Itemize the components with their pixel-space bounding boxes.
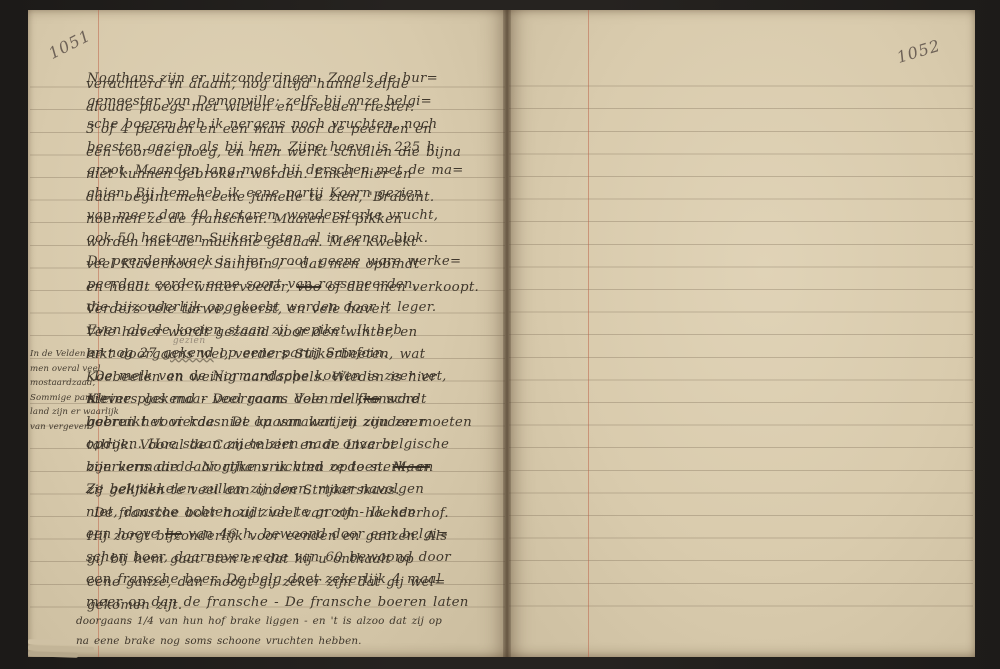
notebook-spread: 1051 1052 In de Velden ziet men overal v…	[0, 0, 1000, 669]
text-line: er nog 27 geziengekend op eene partij Sa…	[87, 343, 462, 366]
text-line: Even als de koeien staan zij gepiket. Ik…	[87, 320, 462, 343]
ruled-lines	[509, 64, 973, 622]
text-line: die bijzonderlijk opgekocht worden door …	[87, 297, 462, 320]
text-line: gij bij hem gaat eten en dat hij u ontha…	[87, 549, 462, 572]
text-line: Kleine plas maar veel room. Vele melkko …	[87, 389, 462, 412]
text-line: gebruikt voor kaas. De kaasmakerijen zij…	[87, 412, 462, 435]
red-margin-line	[588, 10, 589, 657]
text-line: peerden, eerder eene soort van rassepeer…	[87, 274, 462, 297]
page-edge	[28, 651, 78, 658]
text-segment: wordt	[380, 392, 427, 407]
text-line: talrijk. Vooral de Camembert en de Livar…	[87, 435, 462, 458]
text-line: De fransche boer houdt veel van zijn hoe…	[87, 503, 462, 526]
text-line: sche boeren heb ik nergens noch vruchten…	[87, 114, 462, 137]
handwritten-text-right-page: Nogthans zijn er uitzonderingen. Zooals …	[87, 68, 462, 618]
strikethrough-text: ko	[363, 392, 380, 407]
text-line: na eene brake nog soms schoone vruchten …	[76, 632, 442, 652]
text-line: zijn vermaard - Nogthans ik vind ze te s…	[87, 457, 462, 480]
text-line: eene ganze, dan moogt gij zeker zijn dat…	[87, 572, 462, 595]
corrected-word: geziengekend	[163, 346, 214, 361]
text-segment: Kleine plas maar veel room. Vele melk	[87, 392, 363, 407]
text-line: groot. Maanden lang moet hij derschen me…	[87, 160, 462, 183]
text-line: van meer dan 40 hectaren, wondersterke v…	[87, 205, 462, 228]
right-page	[507, 10, 975, 657]
text-line: ook 50 hectaren Suikerbeeten al in eenen…	[87, 228, 462, 251]
text-line: De peerdenkweek is hier groot, geene war…	[87, 251, 462, 274]
text-line: gemeester van Demonville; zelfs bij onze…	[87, 91, 462, 114]
text-line: beesten gezien als bij hem. Zijne hoeve …	[87, 137, 462, 160]
text-line: Nogthans zijn er uitzonderingen. Zooals …	[87, 68, 462, 91]
text-line: De melk van de Normandsche koeien is zee…	[87, 366, 462, 389]
text-segment: er nog 27	[87, 346, 163, 361]
text-segment: gekend	[163, 346, 214, 361]
text-segment: op eene partij Sainfoin.	[214, 346, 388, 361]
text-line: Hij zorgt bijzonderlijk voor eenden en g…	[87, 526, 462, 549]
handwritten-small-text-left-page: doorgaans 1/4 van hun hof brake liggen -…	[76, 612, 442, 651]
text-line: gekomen zijt.	[87, 595, 462, 618]
gutter-shadow	[503, 10, 511, 657]
text-line: zij gelijken te veel aan onzen Strijkers…	[87, 480, 462, 503]
interlinear-pencil-note: gezien	[173, 336, 206, 346]
text-line: chien. Bij hem heb ik eene partij Koorn …	[87, 183, 462, 206]
